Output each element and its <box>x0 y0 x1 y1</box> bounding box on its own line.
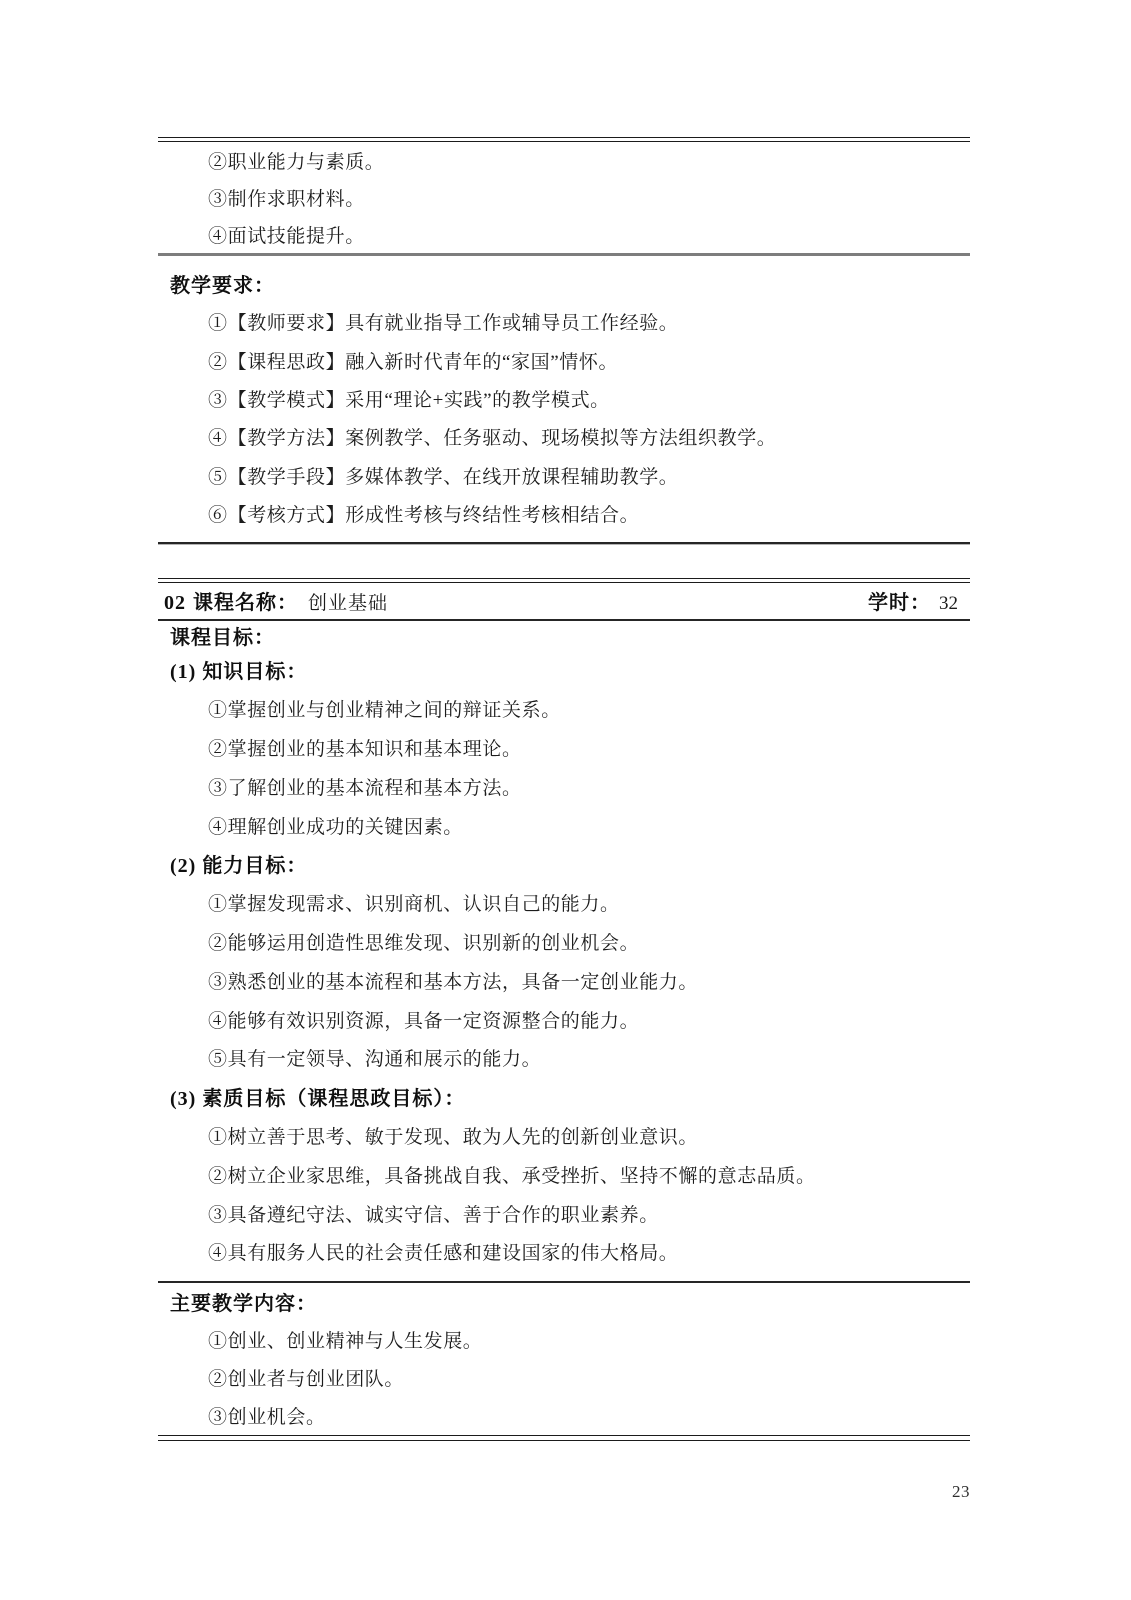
group-title-label: (3) 素质目标（课程思政目标）： <box>170 1082 465 1111</box>
objective-item: ①掌握创业与创业精神之间的辩证关系。 <box>158 689 970 728</box>
teaching-requirements-heading: 教学要求： <box>158 265 970 303</box>
page-number: 23 <box>952 1482 970 1502</box>
objective-group-title: (3) 素质目标（课程思政目标）： <box>158 1077 970 1116</box>
requirement-item: ③【教学模式】采用“理论+实践”的教学模式。 <box>158 379 970 417</box>
horizontal-rule-section-end <box>158 542 970 545</box>
objective-item: ⑤具有一定领导、沟通和展示的能力。 <box>158 1039 970 1078</box>
requirement-item: ⑥【考核方式】形成性考核与终结性考核相结合。 <box>158 494 970 532</box>
objective-item: ③具备遵纪守法、诚实守信、善于合作的职业素养。 <box>158 1194 970 1233</box>
objectives-heading: 课程目标： <box>158 621 970 651</box>
course-header-row: 02 课程名称： 创业基础 学时： 32 <box>158 583 970 619</box>
main-content-heading: 主要教学内容： <box>158 1283 970 1321</box>
main-content-item: ②创业者与创业团队。 <box>158 1359 970 1397</box>
objective-group-title: (1) 知识目标： <box>158 651 970 690</box>
content-list-item: ④面试技能提升。 <box>158 216 970 253</box>
main-content-item: ③创业机会。 <box>158 1397 970 1435</box>
objective-item: ①树立善于思考、敏于发现、敢为人先的创新创业意识。 <box>158 1116 970 1155</box>
objective-group-title: (2) 能力目标： <box>158 845 970 884</box>
objective-item: ④具有服务人民的社会责任感和建设国家的伟大格局。 <box>158 1233 970 1272</box>
course-title-group: 02 课程名称： 创业基础 <box>164 586 388 615</box>
course-name: 创业基础 <box>308 588 388 615</box>
objective-item: ④理解创业成功的关键因素。 <box>158 806 970 845</box>
objective-item: ②能够运用创造性思维发现、识别新的创业机会。 <box>158 922 970 961</box>
content-area: ②职业能力与素质。 ③制作求职材料。 ④面试技能提升。 教学要求： ①【教师要求… <box>158 137 970 1441</box>
horizontal-rule-gray <box>158 253 970 256</box>
hours-value: 32 <box>939 593 958 615</box>
content-list-item: ②职业能力与素质。 <box>158 142 970 179</box>
objective-item: ②树立企业家思维，具备挑战自我、承受挫折、坚持不懈的意志品质。 <box>158 1155 970 1194</box>
course-code: 02 <box>164 592 186 615</box>
horizontal-rule-double-bottom <box>158 1435 970 1441</box>
requirement-item: ②【课程思政】融入新时代青年的“家国”情怀。 <box>158 341 970 379</box>
requirement-item: ①【教师要求】具有就业指导工作或辅导员工作经验。 <box>158 303 970 341</box>
group-title-label: (1) 知识目标： <box>170 655 307 684</box>
section-heading-label: 教学要求： <box>170 269 275 298</box>
requirement-item: ④【教学方法】案例教学、任务驱动、现场模拟等方法组织教学。 <box>158 418 970 456</box>
objective-item: ③了解创业的基本流程和基本方法。 <box>158 767 970 806</box>
section-heading-label: 课程目标： <box>170 621 275 650</box>
course-name-label: 课程名称： <box>193 586 298 615</box>
content-list-item: ③制作求职材料。 <box>158 179 970 216</box>
objective-item: ②掌握创业的基本知识和基本理论。 <box>158 728 970 767</box>
objective-item: ③熟悉创业的基本流程和基本方法，具备一定创业能力。 <box>158 961 970 1000</box>
section-heading-label: 主要教学内容： <box>170 1287 317 1316</box>
course-hours-group: 学时： 32 <box>868 586 958 615</box>
objective-item: ①掌握发现需求、识别商机、认识自己的能力。 <box>158 883 970 922</box>
requirement-item: ⑤【教学手段】多媒体教学、在线开放课程辅助教学。 <box>158 456 970 494</box>
document-page: ②职业能力与素质。 ③制作求职材料。 ④面试技能提升。 教学要求： ①【教师要求… <box>0 0 1131 1600</box>
objective-item: ④能够有效识别资源，具备一定资源整合的能力。 <box>158 1000 970 1039</box>
hours-label: 学时： <box>868 586 931 615</box>
main-content-item: ①创业、创业精神与人生发展。 <box>158 1321 970 1359</box>
group-title-label: (2) 能力目标： <box>170 849 307 878</box>
